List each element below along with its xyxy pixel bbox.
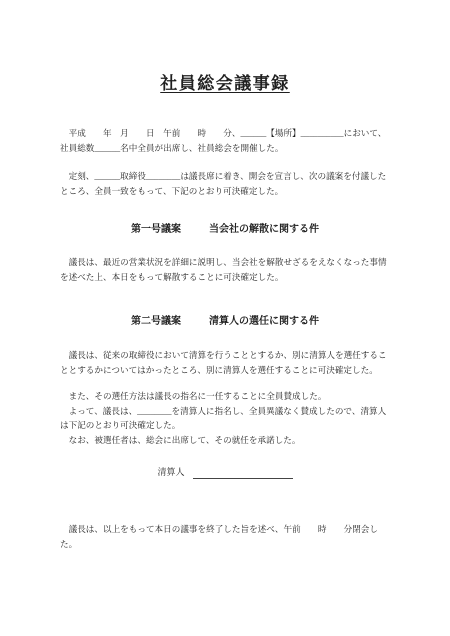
agenda-2-number: 第二号議案: [131, 316, 181, 327]
agenda-1-body: 議長は、最近の営業状況を詳細に説明し、当会社を解散せざるをえなくなった事情 を述…: [60, 255, 390, 284]
document-page: 社員総会議事録 平成 年 月 日 午前 時 分、______【場所】______…: [0, 0, 450, 636]
agenda-1-subject: 当会社の解散に関する件: [209, 224, 319, 235]
agenda-2-heading: 第二号議案清算人の選任に関する件: [60, 315, 390, 329]
agenda-2-body: 議長は、従来の取締役において清算を行うこととするか、別に清算人を選任するこ とと…: [60, 348, 390, 377]
call-to-order-paragraph: 定刻、______取締役________は議長席に着き、開会を宣言し、次の議案を…: [60, 169, 390, 198]
signature-row: 清算人: [60, 465, 390, 479]
agenda-1-heading: 第一号議案当会社の解散に関する件: [60, 223, 390, 237]
signature-label: 清算人: [157, 465, 184, 479]
closing-paragraph: 議長は、以上をもって本日の議事を終了した旨を述べ、午前 時 分閉会した。: [60, 522, 390, 551]
opening-paragraph: 平成 年 月 日 午前 時 分、______【場所】__________において…: [60, 126, 390, 155]
signature-line: [193, 466, 293, 479]
document-title: 社員総会議事録: [60, 73, 390, 94]
agenda-2-subject: 清算人の選任に関する件: [209, 316, 319, 327]
agenda-2-resolution: また、その選任方法は議長の指名に一任することに全員賛成した。 よって、議長は、_…: [60, 389, 390, 447]
agenda-1-number: 第一号議案: [131, 224, 181, 235]
